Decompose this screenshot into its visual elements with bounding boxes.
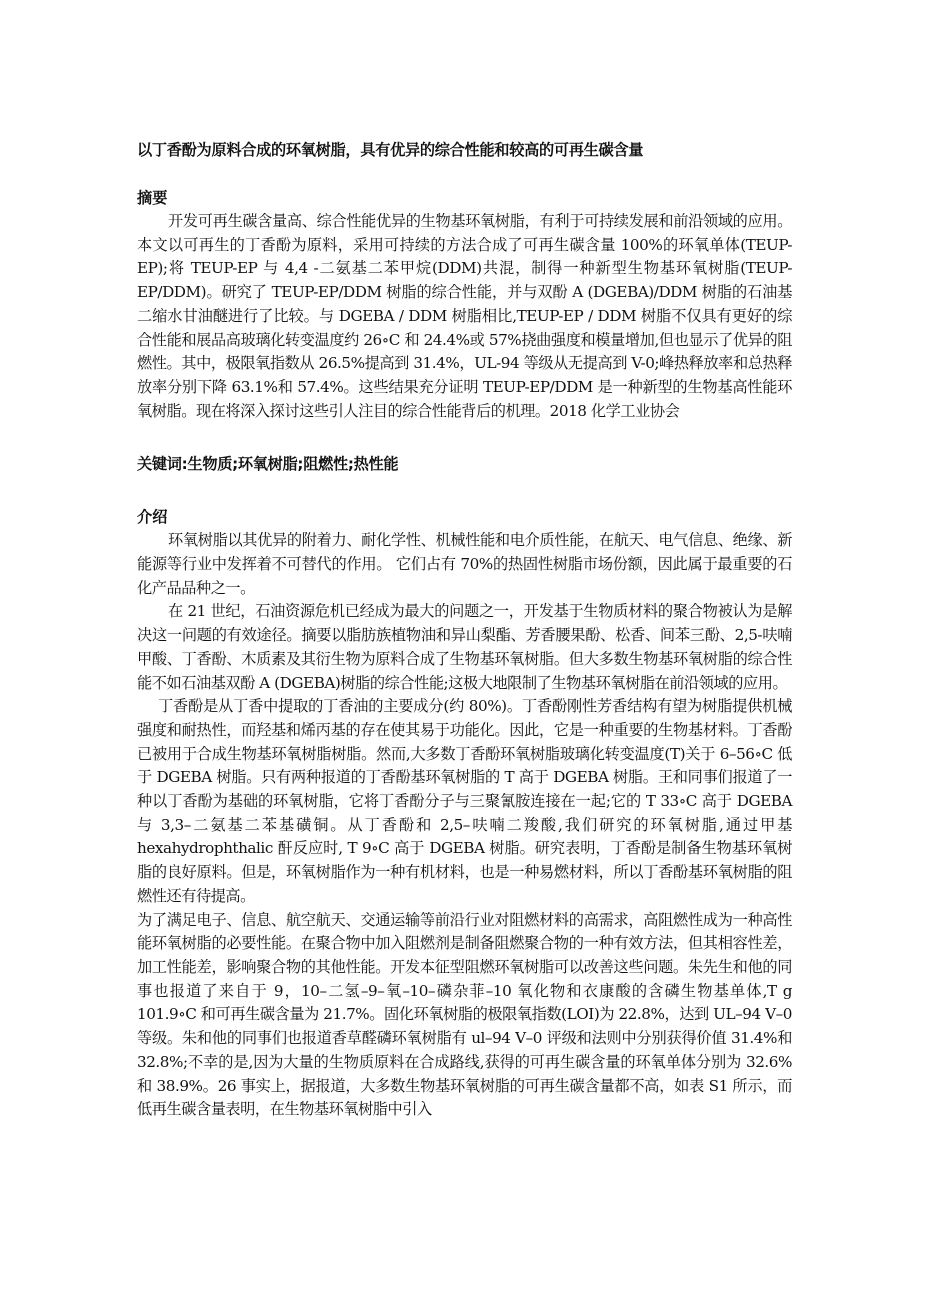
document-title: 以丁香酚为原料合成的环氧树脂，具有优异的综合性能和较高的可再生碳含量 bbox=[137, 138, 792, 162]
document-page: 以丁香酚为原料合成的环氧树脂，具有优异的综合性能和较高的可再生碳含量 摘要 开发… bbox=[137, 138, 792, 1122]
abstract-heading: 摘要 bbox=[137, 186, 792, 210]
intro-paragraph-4: 为了满足电子、信息、航空航天、交通运输等前沿行业对阻燃材料的高需求，高阻燃性成为… bbox=[137, 909, 792, 1122]
intro-paragraph-3: 丁香酚是从丁香中提取的丁香油的主要成分(约 80%)。丁香酚刚性芳香结构有望为树… bbox=[137, 695, 792, 908]
intro-paragraph-2: 在 21 世纪，石油资源危机已经成为最大的问题之一，开发基于生物质材料的聚合物被… bbox=[137, 600, 792, 695]
introduction-heading: 介绍 bbox=[137, 505, 792, 529]
abstract-text: 开发可再生碳含量高、综合性能优异的生物基环氧树脂，有利于可持续发展和前沿领域的应… bbox=[137, 210, 792, 423]
keywords: 关键词:生物质;环氧树脂;阻燃性;热性能 bbox=[137, 452, 792, 476]
intro-paragraph-1: 环氧树脂以其优异的附着力、耐化学性、机械性能和电介质性能，在航天、电气信息、绝缘… bbox=[137, 529, 792, 600]
